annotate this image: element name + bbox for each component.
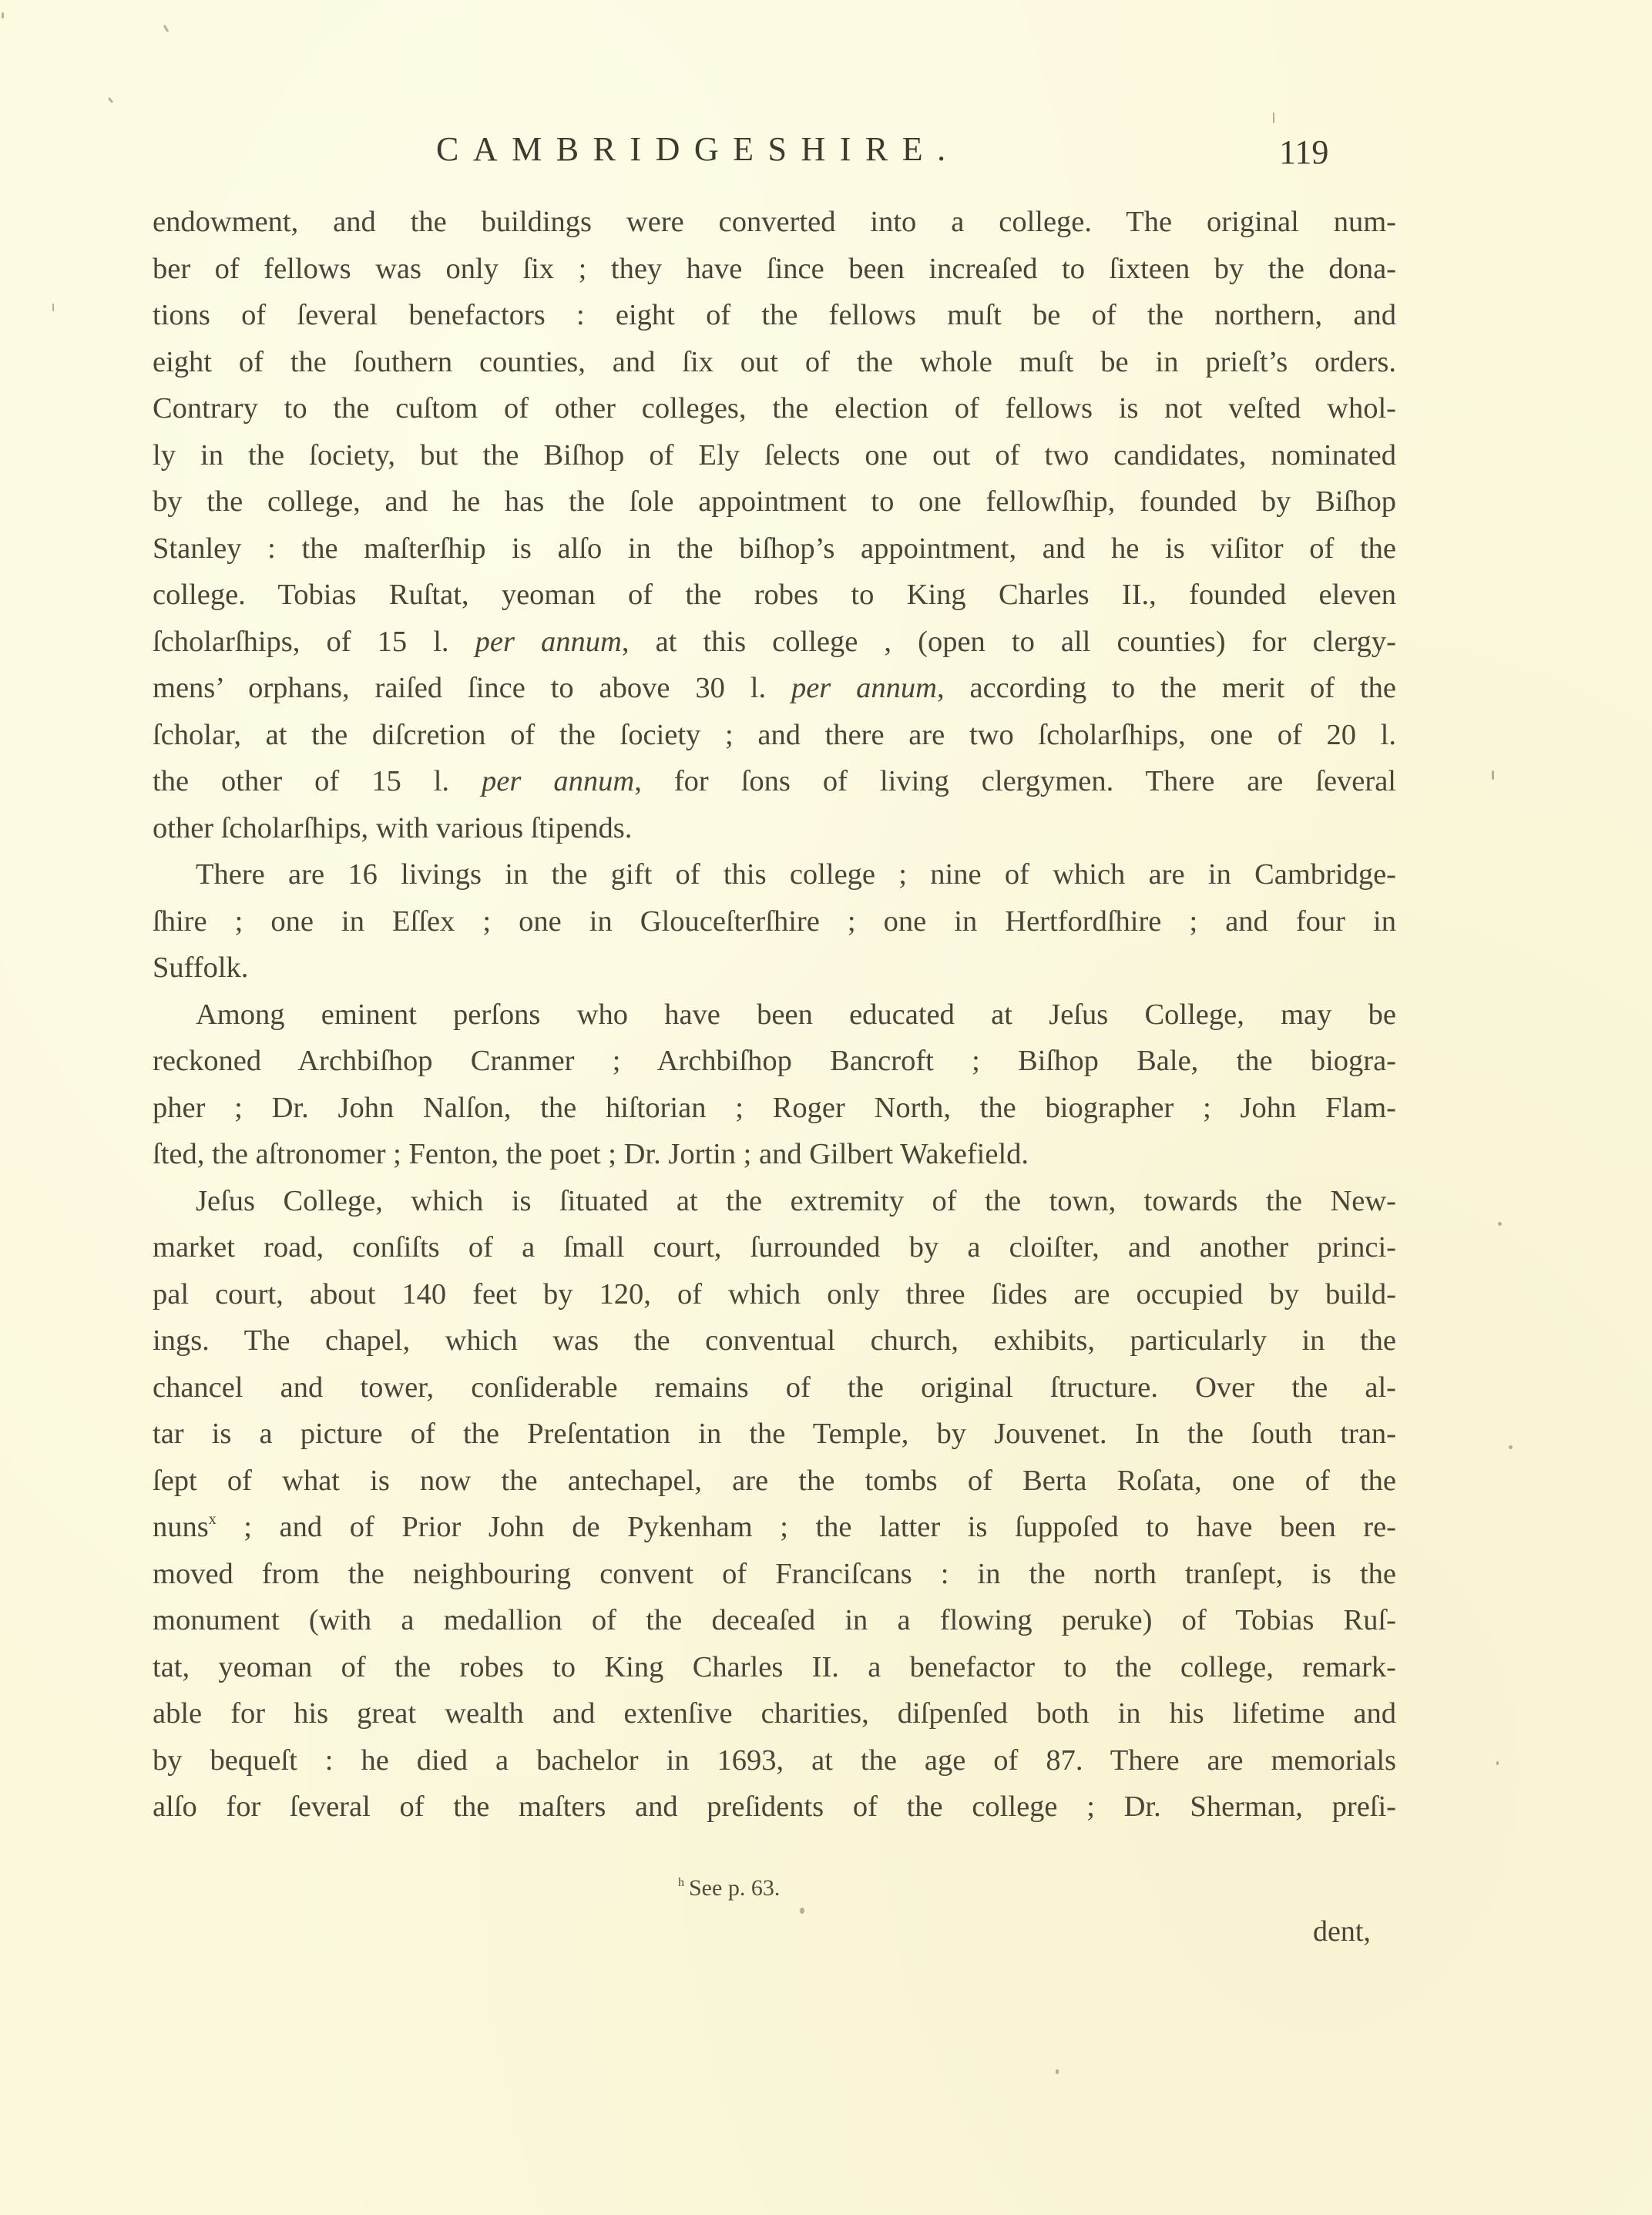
paper-speck (1056, 2069, 1059, 2074)
text-line: able for his great wealth and extenſive … (153, 1690, 1396, 1737)
footnote-reference: x (209, 1511, 217, 1528)
text-line: by the college, and he has the ſole appo… (153, 478, 1396, 525)
italic-phrase: per annum (475, 626, 622, 658)
text-line: reckoned Archbiſhop Cranmer ; Archbiſhop… (153, 1038, 1396, 1085)
text-line: ber of fellows was only ſix ; they have … (153, 246, 1396, 293)
paper-speck (1509, 1445, 1513, 1449)
text-line: ſept of what is now the antechapel, are … (153, 1458, 1396, 1505)
italic-phrase: per annum (482, 765, 634, 797)
text-line: ſcholar, at the diſcretion of the ſociet… (153, 712, 1396, 759)
text-line: Suffolk. (153, 945, 1396, 992)
text-line: tat, yeoman of the robes to King Charles… (153, 1644, 1396, 1691)
catchword: dent, (1313, 1915, 1371, 1948)
paper-speck (1498, 1222, 1502, 1226)
text-segment: ſcholarſhips, of 15 l. (153, 626, 475, 658)
paper-speck (2, 12, 4, 18)
text-line: ſcholarſhips, of 15 l. per annum, at thi… (153, 619, 1396, 666)
text-line: the other of 15 l. per annum, for ſons o… (153, 758, 1396, 805)
text-line: Among eminent perſons who have been educ… (153, 992, 1396, 1039)
text-segment: , according to the merit of the (937, 672, 1396, 704)
text-line: ly in the ſociety, but the Biſhop of Ely… (153, 432, 1396, 479)
footnote-marker: h (678, 1876, 684, 1889)
paper-speck (800, 1908, 804, 1914)
running-title: CAMBRIDGESHIRE. (436, 129, 960, 169)
text-segment: the other of 15 l. (153, 765, 482, 797)
text-line: market road, conſiſts of a ſmall court, … (153, 1224, 1396, 1271)
paper-speck (1496, 1761, 1499, 1765)
body-text: endowment, and the buildings were conver… (153, 199, 1396, 1831)
text-line: eight of the ſouthern counties, and ſix … (153, 339, 1396, 386)
text-line: There are 16 livings in the gift of this… (153, 851, 1396, 898)
paper-speck (1492, 770, 1494, 780)
page-number: 119 (1279, 133, 1328, 172)
text-segment: , at this college , (open to all countie… (622, 626, 1396, 658)
paper-speck (1273, 112, 1274, 123)
text-line: ſhire ; one in Eſſex ; one in Glouceſter… (153, 898, 1396, 945)
text-line: Contrary to the cuſtom of other colleges… (153, 385, 1396, 432)
footnote-text: See p. 63. (689, 1875, 780, 1901)
text-line: alſo for ſeveral of the maſters and preſ… (153, 1784, 1396, 1831)
footnote: hSee p. 63. (678, 1875, 780, 1901)
paper-speck (108, 97, 113, 103)
running-head: CAMBRIDGESHIRE. 119 (0, 129, 1652, 176)
text-line: tions of ſeveral benefactors : eight of … (153, 292, 1396, 339)
text-line: moved from the neighbouring convent of F… (153, 1551, 1396, 1598)
text-line: monument (with a medallion of the deceaſ… (153, 1597, 1396, 1644)
book-page: CAMBRIDGESHIRE. 119 endowment, and the b… (0, 0, 1652, 2215)
text-line: by bequeſt : he died a bachelor in 1693,… (153, 1737, 1396, 1784)
text-line: Stanley : the maſterſhip is alſo in the … (153, 525, 1396, 572)
text-line: other ſcholarſhips, with various ſtipend… (153, 805, 1396, 852)
paper-speck (163, 25, 170, 32)
text-line: nunsx ; and of Prior John de Pykenham ; … (153, 1504, 1396, 1551)
text-segment: mens’ orphans, raiſed ſince to above 30 … (153, 672, 791, 704)
text-line: ſted, the aſtronomer ; Fenton, the poet … (153, 1131, 1396, 1178)
text-line: chancel and tower, conſiderable remains … (153, 1364, 1396, 1411)
text-line: pher ; Dr. John Nalſon, the hiſtorian ; … (153, 1085, 1396, 1132)
italic-phrase: per annum (791, 672, 937, 704)
text-segment: nuns (153, 1511, 209, 1543)
paper-speck (52, 304, 54, 311)
text-segment: ; and of Prior John de Pykenham ; the la… (217, 1511, 1396, 1543)
text-segment: , for ſons of living clergymen. There ar… (634, 765, 1396, 797)
text-line: Jeſus College, which is ſituated at the … (153, 1178, 1396, 1225)
text-line: endowment, and the buildings were conver… (153, 199, 1396, 246)
text-line: tar is a picture of the Preſentation in … (153, 1411, 1396, 1458)
text-line: ings. The chapel, which was the conventu… (153, 1317, 1396, 1364)
text-line: college. Tobias Ruſtat, yeoman of the ro… (153, 572, 1396, 619)
text-line: pal court, about 140 feet by 120, of whi… (153, 1271, 1396, 1318)
text-line: mens’ orphans, raiſed ſince to above 30 … (153, 665, 1396, 712)
